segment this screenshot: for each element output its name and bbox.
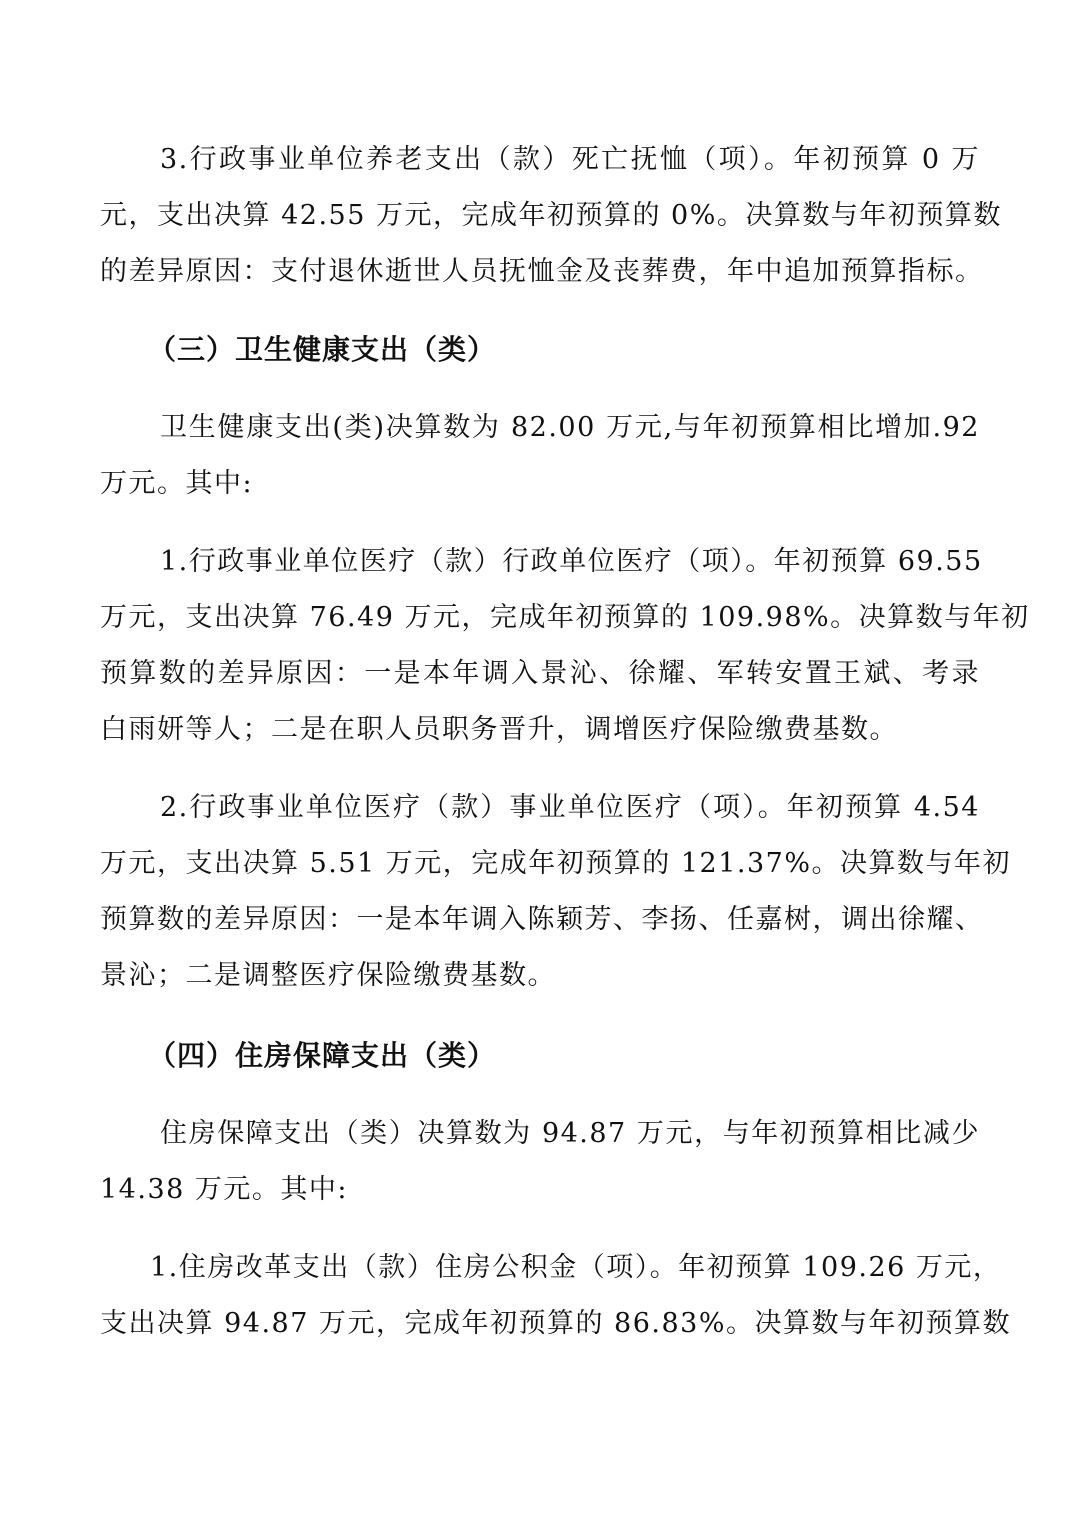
section-heading-health: （三）卫生健康支出（类） <box>148 332 496 368</box>
paragraph-line: 卫生健康支出(类)决算数为 82.00 万元,与年初预算相比增加.92 <box>160 410 980 446</box>
paragraph-line: 的差异原因：支付退休逝世人员抚恤金及丧葬费，年中追加预算指标。 <box>100 254 980 290</box>
paragraph-line: 万元，支出决算 5.51 万元，完成年初预算的 121.37%。决算数与年初 <box>100 846 980 882</box>
paragraph-line: 万元。其中: <box>100 466 980 502</box>
paragraph-line: 预算数的差异原因：一是本年调入陈颖芳、李扬、任嘉树，调出徐耀、 <box>100 902 980 938</box>
paragraph-line: 1.住房改革支出（款）住房公积金（项）。年初预算 109.26 万元， <box>150 1250 980 1286</box>
paragraph-line: 住房保障支出（类）决算数为 94.87 万元，与年初预算相比减少 <box>160 1116 980 1152</box>
paragraph-line: 2.行政事业单位医疗（款）事业单位医疗（项）。年初预算 4.54 <box>160 790 980 826</box>
paragraph-line: 14.38 万元。其中: <box>100 1172 980 1208</box>
document-page: 3.行政事业单位养老支出（款）死亡抚恤（项）。年初预算 0 万 元，支出决算 4… <box>0 0 1074 1520</box>
paragraph-line: 元，支出决算 42.55 万元，完成年初预算的 0%。决算数与年初预算数 <box>100 198 980 234</box>
section-heading-housing: （四）住房保障支出（类） <box>148 1038 496 1074</box>
paragraph-line: 3.行政事业单位养老支出（款）死亡抚恤（项）。年初预算 0 万 <box>160 142 980 178</box>
paragraph-line: 预算数的差异原因：一是本年调入景沁、徐耀、军转安置王斌、考录 <box>100 656 980 692</box>
paragraph-line: 白雨妍等人；二是在职人员职务晋升，调增医疗保险缴费基数。 <box>100 712 980 748</box>
paragraph-line: 支出决算 94.87 万元，完成年初预算的 86.83%。决算数与年初预算数 <box>100 1306 980 1342</box>
paragraph-line: 景沁；二是调整医疗保险缴费基数。 <box>100 958 980 994</box>
paragraph-line: 1.行政事业单位医疗（款）行政单位医疗（项）。年初预算 69.55 <box>160 544 980 580</box>
paragraph-line: 万元，支出决算 76.49 万元，完成年初预算的 109.98%。决算数与年初 <box>100 600 980 636</box>
